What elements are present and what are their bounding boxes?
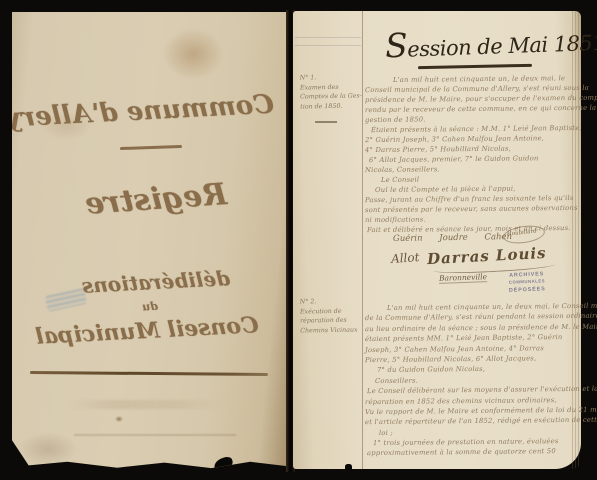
- scanned-register-page: Commune d'Allery Registre délibérations …: [0, 0, 597, 480]
- archives-stamp: ARCHIVES COMMUNALES DÉPOSÉES: [498, 270, 557, 296]
- faded-ghost-writing: [70, 400, 220, 409]
- margin-note-2: N° 2. Exécution de réparation des Chemin…: [300, 296, 363, 335]
- paper-stain: [162, 28, 224, 80]
- margin-note-underline: [315, 121, 337, 123]
- heading-underline: [418, 64, 532, 69]
- page-tear: [213, 455, 235, 472]
- signature-allot: Allot: [391, 250, 420, 266]
- bleedthrough-du: du: [130, 299, 171, 314]
- bleedthrough-deliberations: délibérations: [60, 265, 253, 299]
- margin-rule-line: [362, 11, 363, 469]
- margin-note-1-line: Comptes de la Ges-: [300, 91, 362, 102]
- margin-note-2-line: Chemins Vicinaux: [300, 325, 362, 336]
- deliberation-section-2: L'an mil huit cent cinquante un, le deux…: [365, 303, 577, 459]
- faint-guide-line: [295, 45, 361, 46]
- bottom-edge-notch: [345, 464, 352, 470]
- signature-baronneville: Baronneville: [439, 272, 487, 284]
- faded-ghost-line: [74, 434, 236, 436]
- bleedthrough-horizontal-rule: [30, 371, 268, 376]
- bleedthrough-registre: Registre: [69, 176, 243, 223]
- left-page: Commune d'Allery Registre délibérations …: [12, 12, 289, 470]
- margin-note-1: N° 1. Examen des Comptes de la Ges- tion…: [300, 72, 363, 111]
- faint-guide-line: [295, 37, 361, 38]
- faint-blue-stamp: [45, 288, 87, 312]
- ink-spot: [115, 416, 123, 422]
- bleedthrough-dash-rule: [120, 145, 182, 150]
- archives-stamp-line: DÉPOSÉES: [498, 285, 556, 296]
- signature-row: Guérin Joudre Cahen: [393, 232, 512, 244]
- right-page: Session de Mai 1851. N° 1. Examen des Co…: [293, 11, 581, 469]
- margin-note-1-line: tion de 1850.: [300, 101, 362, 112]
- paper-stain: [18, 432, 78, 466]
- bleedthrough-conseil-municipal: Conseil Municipal: [19, 311, 274, 350]
- manuscript-line: approximativement à la somme de quatorze…: [367, 447, 577, 460]
- deliberation-section-1: L'an mil huit cent cinquante un, le deux…: [365, 75, 577, 235]
- bleedthrough-commune-title: Commune d'Allery: [29, 90, 274, 133]
- session-heading: Session de Mai 1851.: [384, 20, 577, 66]
